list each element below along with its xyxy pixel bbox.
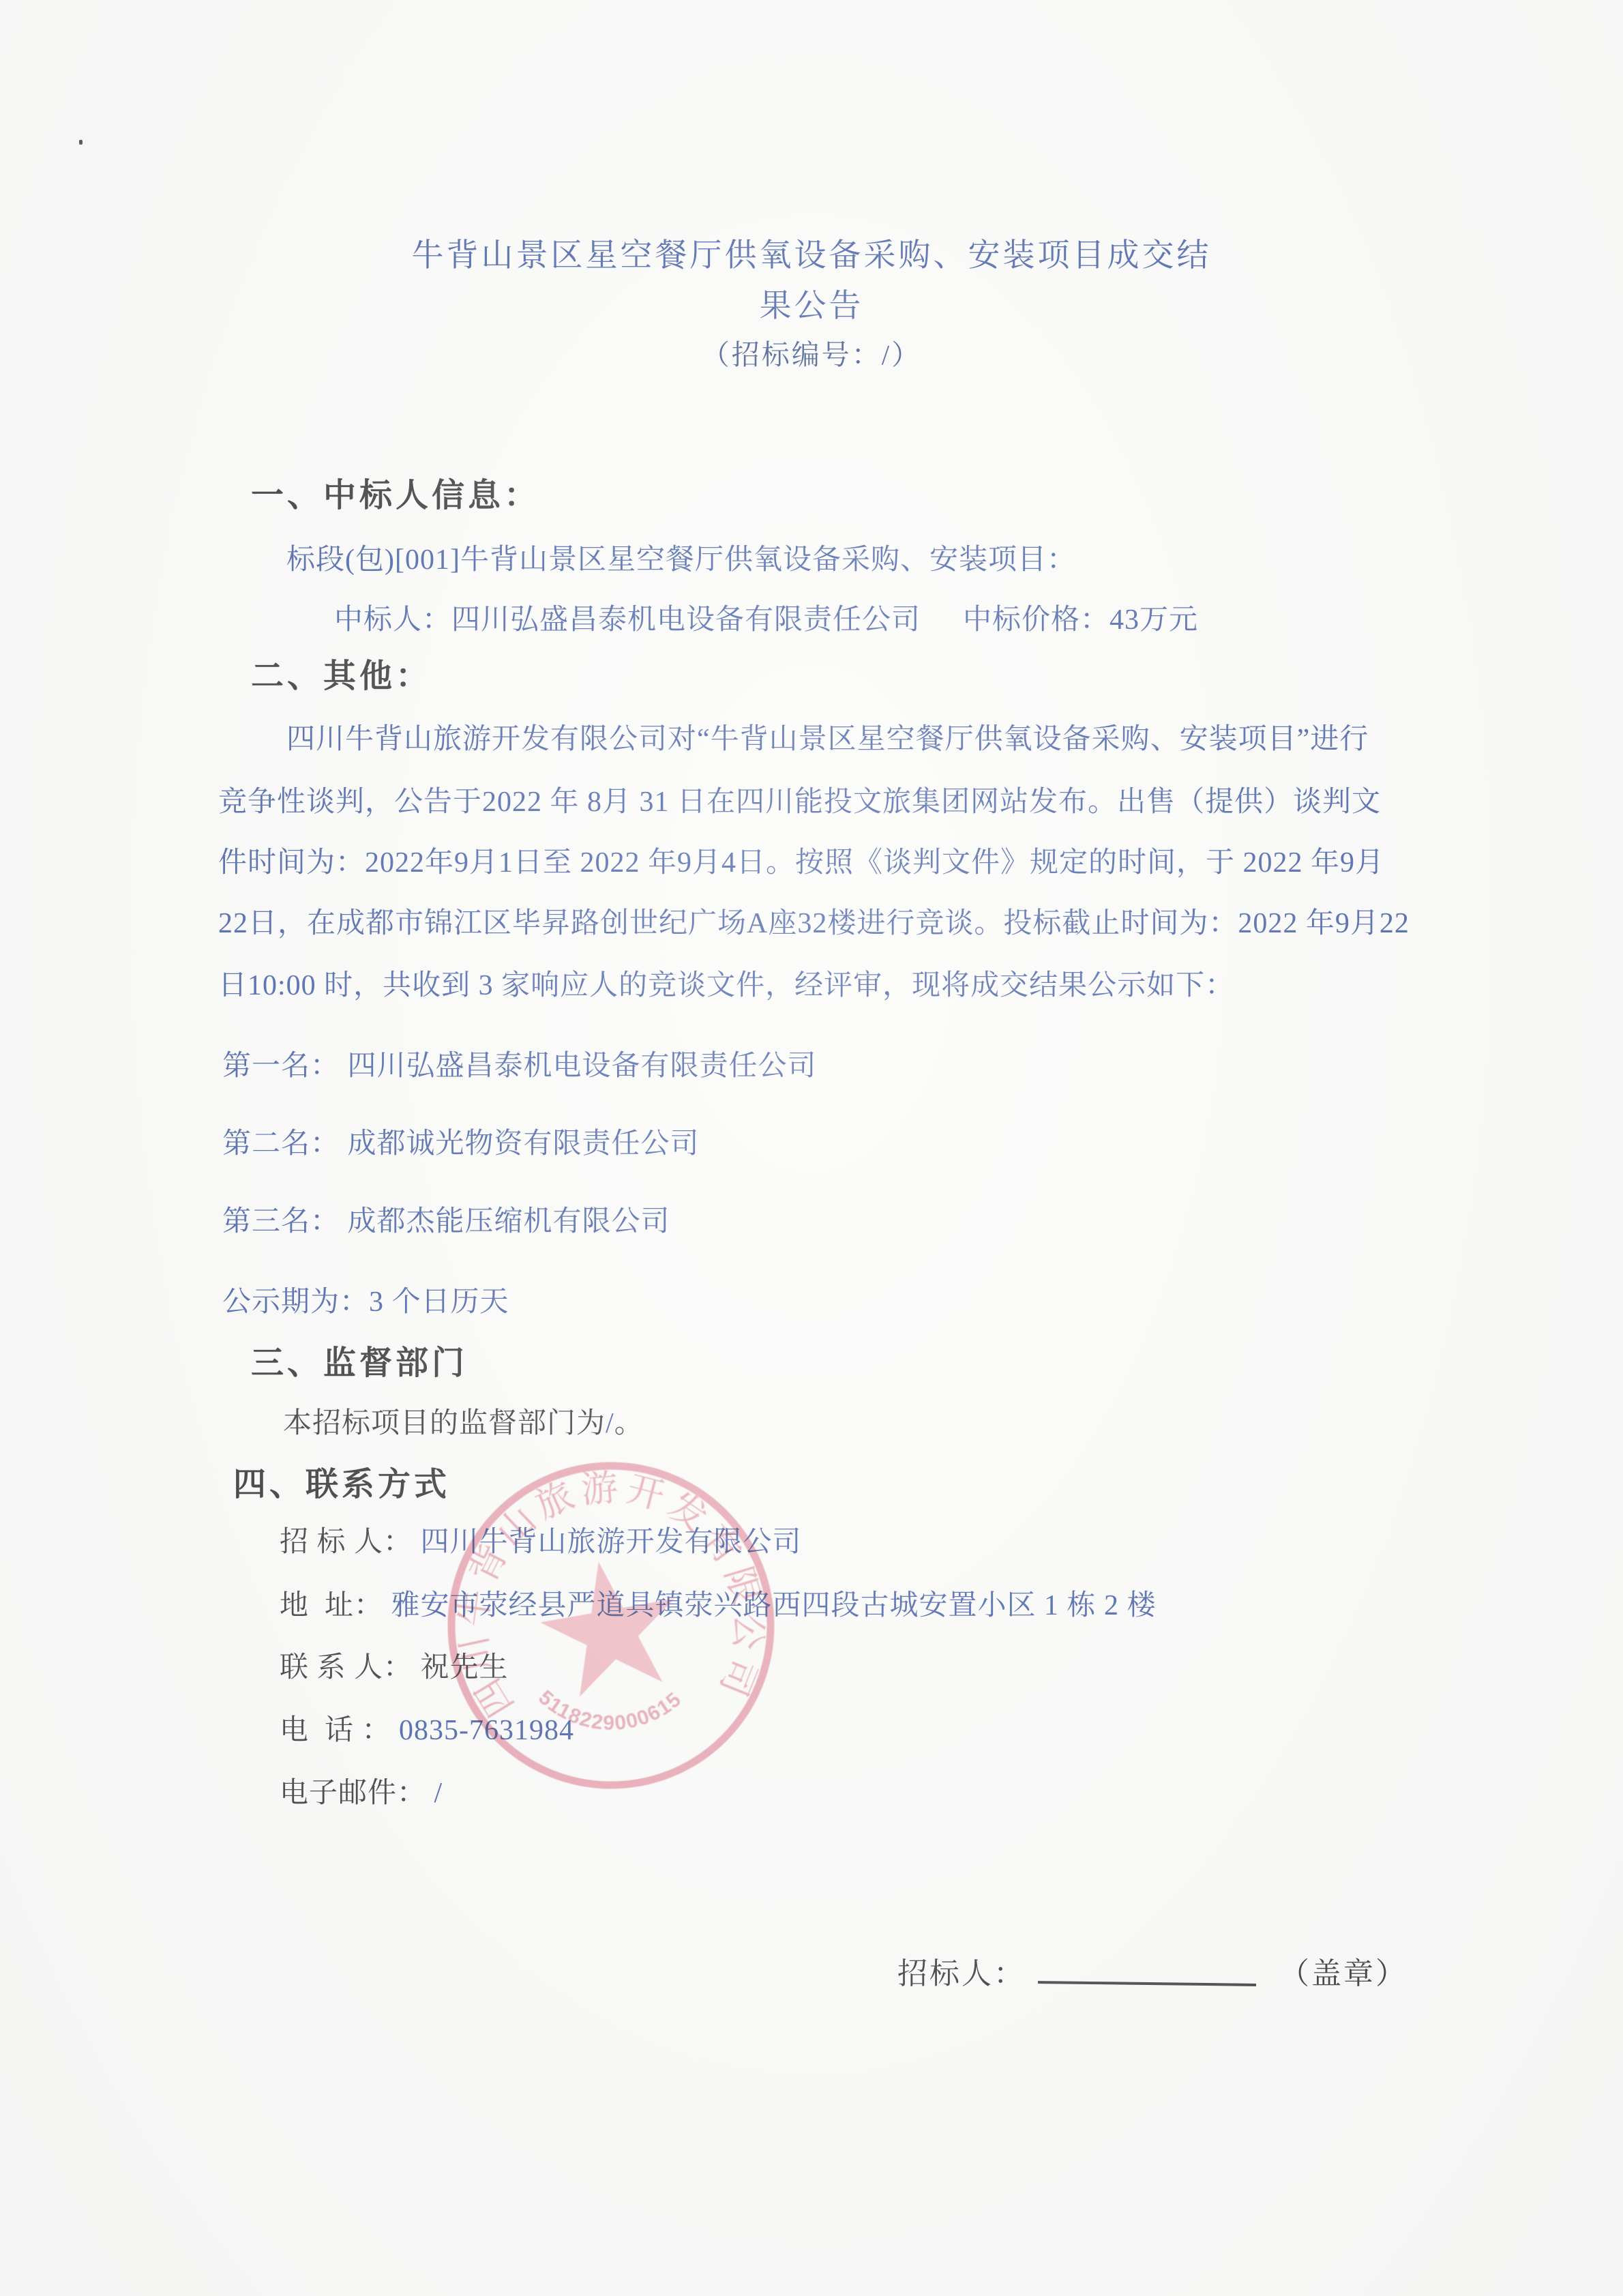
section1-heading: 一、中标人信息：: [251, 480, 540, 512]
other-paragraph-line: 日10:00 时，共收到 3 家响应人的竞谈文件，经评审，现将成交结果公示如下：: [218, 971, 1234, 1000]
seal-note: （盖章）: [1279, 1959, 1408, 1989]
tenderer-label: 招标人：: [897, 1959, 1026, 1989]
contact-label: 地 址：: [280, 1590, 391, 1621]
winner-name: 中标人：四川弘盛昌泰机电设备有限责任公司: [334, 604, 921, 636]
ink-speck: [79, 140, 83, 145]
other-paragraph-line: 件时间为：2022年9月1日至 2022 年9月4日。按照《谈判文件》规定的时间…: [218, 849, 1384, 877]
rank-line-2: 第二名： 成都诚光物资有限责任公司: [222, 1130, 700, 1158]
contact-label: 电 话 ：: [280, 1715, 399, 1746]
document-title-line1: 牛背山景区星空餐厅供氧设备采购、安装项目成交结: [0, 231, 1623, 281]
supervision-slash: /: [606, 1408, 614, 1439]
section3-heading: 三、监督部门: [251, 1347, 468, 1380]
seal-star: [531, 1550, 688, 1701]
section2-heading: 二、其他：: [251, 660, 432, 693]
signature-blank: [1038, 1981, 1256, 1986]
tender-number: （招标编号：/）: [0, 341, 1623, 369]
contact-label: 联 系 人：: [280, 1652, 421, 1683]
supervision-text: 本招标项目的监督部门为: [283, 1408, 606, 1439]
publicity-period: 公示期为：3 个日历天: [222, 1288, 509, 1316]
document-title-line2: 果公告: [0, 281, 1623, 332]
seal-number: 5118229000615: [534, 1686, 687, 1735]
document-title: 牛背山景区星空餐厅供氧设备采购、安装项目成交结 果公告: [0, 231, 1623, 332]
rank-line-1: 第一名： 四川弘盛昌泰机电设备有限责任公司: [222, 1052, 817, 1080]
rank-line-3: 第三名： 成都杰能压缩机有限公司: [222, 1207, 670, 1236]
lot-line: 标段(包)[001]牛背山景区星空餐厅供氧设备采购、安装项目：: [286, 546, 1076, 574]
supervision-line: 本招标项目的监督部门为/。: [283, 1409, 644, 1438]
contact-label: 电子邮件：: [280, 1778, 434, 1809]
contact-label: 招 标 人：: [280, 1527, 421, 1558]
other-paragraph-line: 竞争性谈判，公告于2022 年 8月 31 日在四川能投文旅集团网站发布。出售（…: [218, 788, 1381, 816]
other-paragraph-line: 四川牛背山旅游开发有限公司对“牛背山景区星空餐厅供氧设备采购、安装项目”进行: [286, 725, 1369, 754]
scanned-document-page: 牛背山景区星空餐厅供氧设备采购、安装项目成交结 果公告 （招标编号：/） 一、中…: [0, 0, 1623, 2296]
other-paragraph-line: 22日，在成都市锦江区毕昇路创世纪广场A座32楼进行竞谈。投标截止时间为：202…: [218, 909, 1410, 938]
section4-heading: 四、联系方式: [233, 1469, 450, 1501]
contact-row: 电子邮件： /: [280, 1779, 443, 1808]
signature-line: 招标人： （盖章）: [897, 1959, 1408, 1989]
company-seal: 四川牛背山旅游开发有限公司 5118229000615: [441, 1455, 781, 1796]
winner-line: 中标人：四川弘盛昌泰机电设备有限责任公司中标价格：43万元: [334, 606, 1198, 634]
winner-price: 中标价格：43万元: [963, 604, 1198, 636]
